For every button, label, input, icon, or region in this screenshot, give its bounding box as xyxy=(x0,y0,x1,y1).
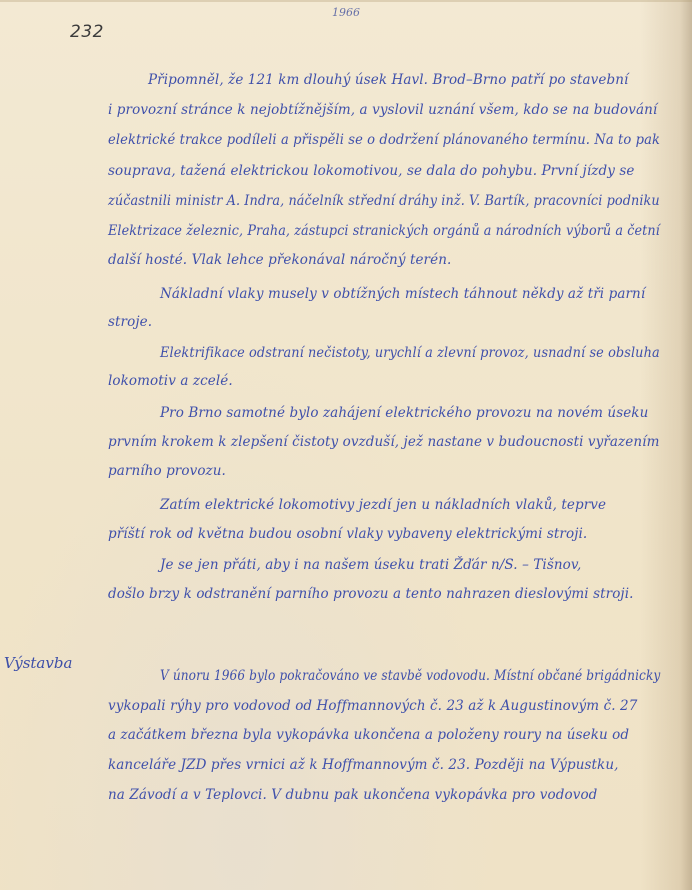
text-line: Zatím elektrické lokomotivy jezdí jen u … xyxy=(160,497,606,513)
chronicle-page: 1966 232 Výstavba Připomněl, že 121 km d… xyxy=(0,0,692,890)
text-line: Připomněl, že 121 km dlouhý úsek Havl. B… xyxy=(148,72,628,88)
text-line: parního provozu. xyxy=(108,463,226,479)
text-line: Pro Brno samotné bylo zahájení elektrick… xyxy=(160,405,648,421)
text-line: prvním krokem k zlepšení čistoty ovzduší… xyxy=(108,434,659,450)
year-header: 1966 xyxy=(0,6,692,19)
text-line: elektrické trakce podíleli a přispěli se… xyxy=(108,132,660,148)
text-line: na Závodí a v Teplovci. V dubnu pak ukon… xyxy=(108,787,597,803)
text-line: Elektrifikace odstraní nečistoty, urychl… xyxy=(160,345,660,361)
text-line: Elektrizace železnic, Praha, zástupci st… xyxy=(108,223,660,239)
text-line: příští rok od května budou osobní vlaky … xyxy=(108,526,587,542)
text-line: souprava, tažená elektrickou lokomotivou… xyxy=(108,163,634,179)
text-line: a začátkem března byla vykopávka ukončen… xyxy=(108,727,629,743)
text-line: zúčastnili ministr A. Indra, náčelník st… xyxy=(108,193,660,209)
text-line: Je se jen přáti, aby i na našem úseku tr… xyxy=(160,557,581,573)
text-line: došlo brzy k odstranění parního provozu … xyxy=(108,586,634,602)
text-line: stroje. xyxy=(108,314,152,330)
margin-note-vystavba: Výstavba xyxy=(4,654,72,672)
text-line: i provozní stránce k nejobtížnějším, a v… xyxy=(108,102,657,118)
text-line: další hosté. Vlak lehce překonával nároč… xyxy=(108,252,451,268)
text-line: V únoru 1966 bylo pokračováno ve stavbě … xyxy=(160,668,660,684)
text-line: lokomotiv a zcelé. xyxy=(108,373,233,389)
text-line: vykopali rýhy pro vodovod od Hoffmannový… xyxy=(108,698,637,714)
text-line: kanceláře JZD přes vrnici až k Hoffmanno… xyxy=(108,757,619,773)
page-number: 232 xyxy=(70,22,104,42)
text-line: Nákladní vlaky musely v obtížných místec… xyxy=(160,286,645,302)
